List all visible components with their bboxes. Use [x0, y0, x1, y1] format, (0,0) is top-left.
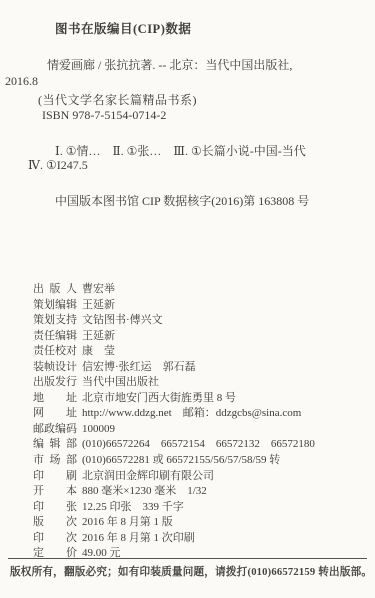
row-label: 策划编辑	[33, 298, 77, 314]
row-label: 印刷	[33, 469, 77, 485]
row-label: 责任编辑	[33, 329, 77, 345]
row-value: 当代中国出版社	[82, 375, 159, 391]
copyright-notice: 版权所有，翻版必究；如有印装质量问题，请拨打(010)66572159 转出版部…	[10, 564, 372, 579]
row-value: http://www.ddzg.net 邮箱：ddzgcbs@sina.com	[82, 406, 301, 422]
row-value: 王延新	[82, 329, 115, 345]
row-value: 2016 年 8 月第 1 次印刷	[82, 531, 195, 547]
cip-record-number: 中国版本图书馆 CIP 数据核字(2016)第 163808 号	[55, 192, 309, 209]
row-value: 49.00 元	[82, 546, 121, 562]
colophon-row-website: 网址http://www.ddzg.net 邮箱：ddzgcbs@sina.co…	[0, 406, 375, 422]
row-label: 开本	[33, 484, 77, 500]
row-value: 北京润田金辉印刷有限公司	[82, 469, 214, 485]
colophon-row-impression: 印次2016 年 8 月第 1 次印刷	[0, 531, 375, 547]
catalog-title-line: 情爱画廊 / 张抗抗著. -- 北京：当代中国出版社,	[47, 56, 292, 73]
classification-line-2: Ⅳ. ①I247.5	[28, 158, 88, 173]
colophon-row-editorial-dept: 编辑部(010)66572264 66572154 66572132 66572…	[0, 437, 375, 453]
colophon-row-marketing-dept: 市场部(010)66572281 或 66572155/56/57/58/59 …	[0, 453, 375, 469]
series-line: (当代文学名家长篇精品书系)	[38, 91, 197, 108]
row-label: 编辑部	[33, 437, 77, 453]
row-value: 信宏博·张红运 郭石磊	[82, 360, 196, 376]
row-label: 市场部	[33, 453, 77, 469]
row-value: 2016 年 8 月第 1 版	[82, 515, 173, 531]
colophon-row-design: 装帧设计信宏博·张红运 郭石磊	[0, 360, 375, 376]
colophon-row-publisher-house: 出版发行当代中国出版社	[0, 375, 375, 391]
row-value: (010)66572281 或 66572155/56/57/58/59 转	[82, 453, 280, 469]
colophon-block: 出版人曹宏举 策划编辑王延新 策划支持文钻图书·傅兴文 责任编辑王延新 责任校对…	[0, 282, 375, 562]
row-value: 880 毫米×1230 毫米 1/32	[82, 484, 207, 500]
colophon-row-responsible-editor: 责任编辑王延新	[0, 329, 375, 345]
cip-header: 图书在版编目(CIP)数据	[55, 19, 191, 37]
colophon-row-address: 地址北京市地安门西大街旌勇里 8 号	[0, 391, 375, 407]
row-value: 北京市地安门西大街旌勇里 8 号	[82, 391, 236, 407]
row-value: 12.25 印张 339 千字	[82, 500, 184, 516]
row-label: 出版人	[33, 282, 77, 298]
row-label: 版次	[33, 515, 77, 531]
colophon-row-planning-support: 策划支持文钻图书·傅兴文	[0, 313, 375, 329]
row-value: 曹宏举	[82, 282, 115, 298]
row-label: 印次	[33, 531, 77, 547]
colophon-row-printer: 印刷北京润田金辉印刷有限公司	[0, 469, 375, 485]
row-value: 文钻图书·傅兴文	[82, 313, 163, 329]
colophon-row-price: 定价49.00 元	[0, 546, 375, 562]
row-label: 邮政编码	[33, 422, 77, 438]
row-label: 出版发行	[33, 375, 77, 391]
book-copyright-page: 图书在版编目(CIP)数据 情爱画廊 / 张抗抗著. -- 北京：当代中国出版社…	[0, 0, 375, 598]
row-label: 策划支持	[33, 313, 77, 329]
colophon-row-planning-editor: 策划编辑王延新	[0, 298, 375, 314]
colophon-row-sheets: 印张12.25 印张 339 千字	[0, 500, 375, 516]
row-label: 地址	[33, 391, 77, 407]
row-value: 100009	[82, 422, 115, 438]
row-label: 责任校对	[33, 344, 77, 360]
isbn-line: ISBN 978-7-5154-0714-2	[42, 108, 166, 123]
row-value: 王延新	[82, 298, 115, 314]
footer-divider	[8, 558, 367, 559]
colophon-row-publisher: 出版人曹宏举	[0, 282, 375, 298]
row-value: (010)66572264 66572154 66572132 66572180	[82, 437, 315, 453]
colophon-row-format: 开本880 毫米×1230 毫米 1/32	[0, 484, 375, 500]
colophon-row-edition: 版次2016 年 8 月第 1 版	[0, 515, 375, 531]
row-label: 装帧设计	[33, 360, 77, 376]
row-label: 印张	[33, 500, 77, 516]
row-label: 定价	[33, 546, 77, 562]
row-label: 网址	[33, 406, 77, 422]
colophon-row-postcode: 邮政编码100009	[0, 422, 375, 438]
catalog-year-line: 2016.8	[5, 74, 38, 89]
colophon-row-proofreader: 责任校对康 莹	[0, 344, 375, 360]
classification-line-1: Ⅰ. ①情… Ⅱ. ①张… Ⅲ. ①长篇小说-中国-当代	[55, 142, 306, 159]
row-value: 康 莹	[82, 344, 115, 360]
